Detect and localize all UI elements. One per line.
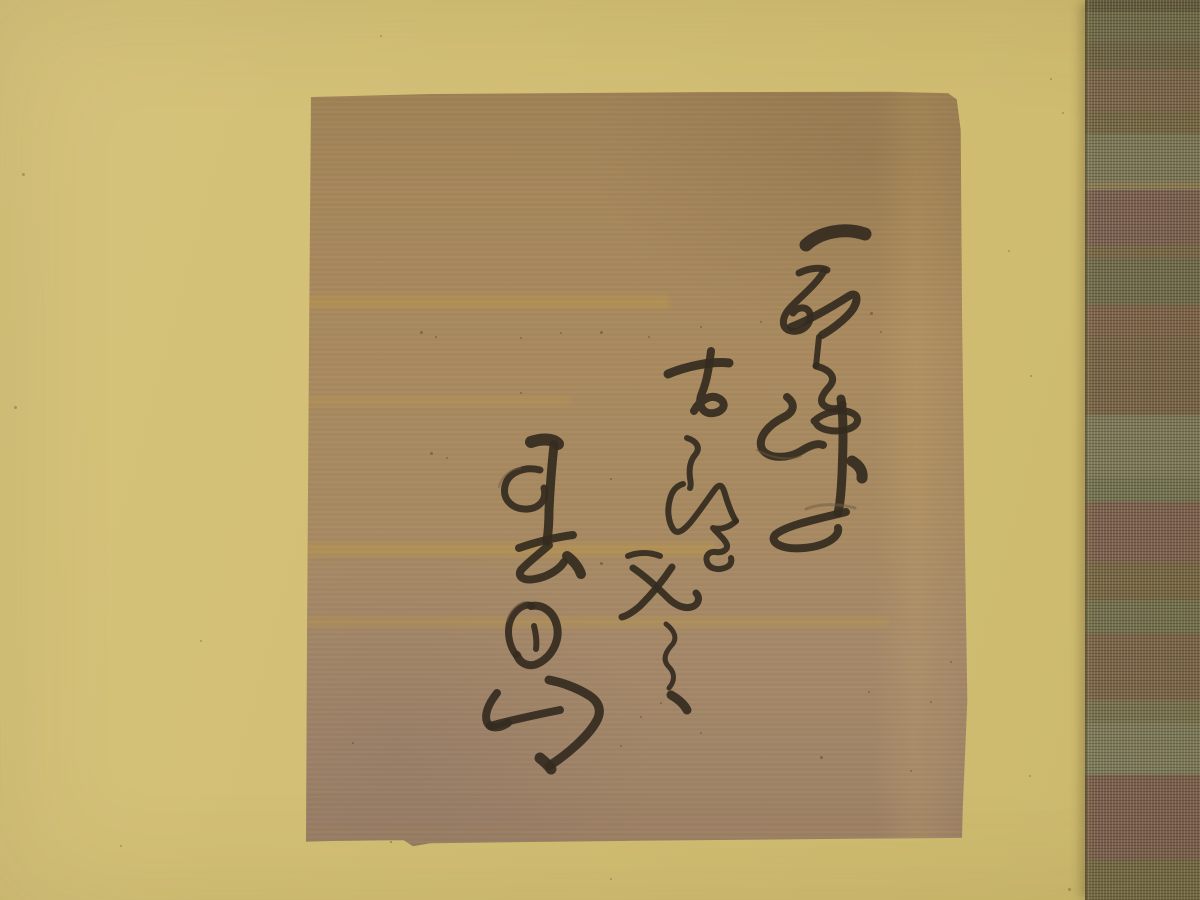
fabric-stripe — [1085, 0, 1200, 12]
fabric-stripe — [1085, 700, 1200, 723]
speck — [200, 640, 202, 642]
card-shading — [305, 91, 968, 847]
fabric-stripes — [1085, 0, 1200, 900]
card-yellow-streak — [305, 543, 716, 556]
fabric-stripe — [1085, 12, 1200, 42]
fabric-stripe — [1085, 305, 1200, 335]
fabric-stripe — [1085, 70, 1200, 112]
fabric-stripe — [1085, 478, 1200, 502]
speck — [14, 406, 17, 409]
fabric-stripe — [1085, 134, 1200, 182]
speck — [380, 35, 382, 37]
fabric-stripe — [1085, 112, 1200, 134]
speck — [1030, 375, 1032, 377]
card-yellow-streak — [305, 397, 570, 405]
fabric-stripe — [1085, 245, 1200, 258]
card-paper-texture — [305, 91, 968, 847]
fabric-stripe — [1085, 415, 1200, 478]
speck — [390, 841, 392, 843]
speck — [610, 878, 612, 880]
speck — [1068, 888, 1071, 891]
fabric-stripe — [1085, 182, 1200, 190]
fabric-stripe — [1085, 42, 1200, 70]
fabric-stripe — [1085, 860, 1200, 900]
speck — [1008, 250, 1010, 252]
fabric-stripe — [1085, 562, 1200, 600]
speck — [1062, 112, 1064, 114]
fabric-stripe — [1085, 723, 1200, 775]
shikishi-card — [305, 91, 968, 847]
fabric-stripe — [1085, 502, 1200, 562]
speck — [120, 845, 122, 847]
speck — [22, 173, 25, 176]
fabric-stripe — [1085, 335, 1200, 415]
speck — [1029, 775, 1031, 777]
fabric-stripe — [1085, 633, 1200, 700]
speck — [1050, 78, 1052, 80]
fabric-band — [1085, 0, 1200, 900]
scroll-photo — [0, 0, 1200, 900]
fabric-stripe — [1085, 258, 1200, 305]
card-yellow-streak — [305, 617, 888, 627]
fabric-stripe — [1085, 600, 1200, 633]
fabric-stripe — [1085, 190, 1200, 245]
card-yellow-streak — [305, 296, 670, 308]
fabric-stripe — [1085, 775, 1200, 860]
